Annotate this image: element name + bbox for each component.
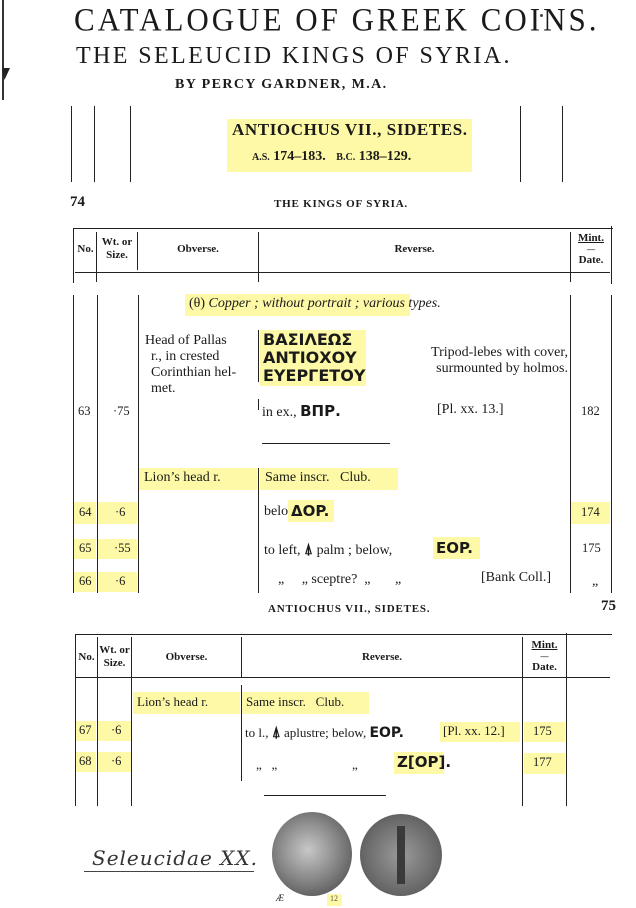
- entry-67-size: ·6: [111, 723, 121, 738]
- inscription-line: ΕΥΕΡΓΕΤΟΥ: [263, 367, 365, 385]
- obverse-line: Corinthian hel-: [145, 365, 257, 381]
- col-header-date: Date.: [571, 255, 611, 266]
- exergue-mark: ΒΠΡ.: [300, 402, 341, 420]
- rule: [138, 295, 139, 593]
- plate-caption: Seleucidae XX.: [92, 846, 258, 870]
- catalogue-subtitle: THE SELEUCID KINGS OF SYRIA.: [76, 43, 512, 70]
- group-2-reverse: Same inscr. Club.: [246, 694, 344, 710]
- reverse-text: aplustre; below,: [284, 725, 366, 740]
- obverse-line: r., in crested: [145, 349, 257, 365]
- caption-underline: [84, 871, 254, 872]
- entry-67-date: 175: [533, 724, 552, 739]
- rule: [611, 226, 612, 284]
- entry-63-date: 182: [581, 404, 600, 419]
- group-2-obverse: Lion’s head r.: [137, 694, 208, 710]
- rule: [520, 106, 521, 182]
- entry-64-no: 64: [79, 505, 92, 520]
- running-head-75: ANTIOCHUS VII., SIDETES.: [268, 603, 430, 615]
- reverse-desc-line: Tripod-lebes with cover,: [378, 345, 568, 361]
- page-edge-mark: [2, 0, 4, 100]
- entry-63-size: ·75: [113, 404, 130, 419]
- col-header-mint: Mint.: [523, 640, 566, 651]
- entry-65-mark: EOP.: [436, 539, 473, 557]
- rule: [258, 399, 259, 410]
- entry-66-note: [Bank Coll.]: [481, 570, 551, 586]
- col-header-weight: Wt. or Size.: [97, 236, 137, 262]
- entry-67-reverse: to l., ⍋ aplustre; below, EOP.: [245, 723, 404, 741]
- running-head-74: THE KINGS OF SYRIA.: [274, 198, 408, 210]
- col-header-weight-line2: Size.: [97, 249, 137, 262]
- entry-68-mark: Z[OP].: [397, 753, 451, 771]
- reverse-prefix: to left,: [264, 543, 301, 558]
- col-header-reverse-75: Reverse.: [242, 651, 522, 664]
- col-header-date: Date.: [523, 662, 566, 673]
- club-figure: [397, 826, 405, 884]
- catalogue-title: CATALOGUE OF GREEK COINS.: [74, 1, 599, 39]
- entry-67-mark: EOP.: [369, 725, 403, 741]
- era-bc-label: B.C.: [336, 152, 355, 163]
- entry-65-date: 175: [582, 541, 601, 556]
- col-header-obverse-75: Obverse.: [132, 651, 241, 664]
- table-top-rule: [75, 634, 612, 635]
- page-number-75: 75: [601, 598, 616, 615]
- entry-67-plate-ref: [Pl. xx. 12.]: [443, 723, 505, 739]
- monogram-icon: ⍋: [272, 723, 281, 741]
- era-bc-range: 138–129.: [359, 149, 412, 164]
- group-1-obverse: Lion’s head r.: [144, 470, 221, 486]
- obverse-line: met.: [145, 381, 257, 397]
- entry-67-no: 67: [79, 723, 92, 738]
- era-as-range: 174–183.: [273, 149, 326, 164]
- rule: [562, 106, 563, 182]
- entry-64-mark: ΔOP.: [291, 502, 329, 520]
- entry-68-no: 68: [79, 754, 92, 769]
- reverse-text: palm ; below,: [317, 543, 393, 558]
- col-header-weight-line2: Size.: [98, 657, 131, 670]
- coin-obverse-image: [272, 812, 352, 896]
- col-header-mint-date-75: Mint. — Date.: [523, 640, 566, 673]
- col-header-reverse: Reverse.: [259, 243, 570, 256]
- rule: [258, 232, 259, 282]
- entry-63-inscription: ΒΑΣΙΛΕΩΣ ΑΝΤΙΟΧΟΥ ΕΥΕΡΓΕΤΟΥ: [263, 331, 365, 385]
- col-header-no-75: No.: [76, 651, 97, 664]
- entry-66-date: „: [592, 574, 598, 590]
- table-header-rule: [75, 677, 610, 678]
- obverse-line: Head of Pallas: [145, 333, 257, 349]
- entry-separator: [264, 795, 386, 796]
- subsection-text: Copper ; without portrait ; various type…: [209, 296, 441, 311]
- entry-65-size: ·55: [114, 541, 131, 556]
- stray-dot: [540, 14, 543, 17]
- rule: [566, 633, 567, 806]
- entry-68-reverse: „ „ „: [256, 757, 358, 773]
- page-number-74: 74: [70, 194, 85, 211]
- author-byline: BY PERCY GARDNER, M.A.: [175, 77, 388, 93]
- rule: [94, 106, 95, 182]
- coin-number: 12: [330, 894, 338, 903]
- col-header-mint-date: Mint. — Date.: [571, 233, 611, 266]
- entry-68-date: 177: [533, 755, 552, 770]
- entry-63-obverse: Head of Pallas r., in crested Corinthian…: [145, 333, 257, 397]
- inscription-line: ΒΑΣΙΛΕΩΣ: [263, 331, 365, 349]
- metal-mark: Æ: [276, 893, 284, 903]
- exergue-prefix: in ex.,: [262, 405, 297, 420]
- entry-63-reverse-desc: Tripod-lebes with cover, surmounted by h…: [378, 345, 568, 377]
- entry-separator: [262, 443, 390, 444]
- king-dates: A.S. 174–183. B.C. 138–129.: [252, 149, 411, 165]
- entry-65-no: 65: [79, 541, 92, 556]
- col-header-mint: Mint.: [571, 233, 611, 244]
- entry-63-plate-ref: [Pl. xx. 13.]: [437, 402, 504, 418]
- col-header-weight-line1: Wt. or: [98, 644, 131, 657]
- entry-63-exergue: in ex., ΒΠΡ.: [262, 402, 341, 421]
- col-header-no: No.: [75, 243, 96, 256]
- era-as-label: A.S.: [252, 152, 270, 163]
- group-1-reverse: Same inscr. Club.: [265, 470, 371, 486]
- entry-64-date: 174: [581, 505, 600, 520]
- table-top-rule: [73, 228, 613, 229]
- reverse-desc-line: surmounted by holmos.: [378, 361, 568, 377]
- col-header-weight-line1: Wt. or: [97, 236, 137, 249]
- entry-66-reverse: „ „ sceptre? „ „: [278, 572, 401, 588]
- entry-66-no: 66: [79, 574, 92, 589]
- rule: [570, 295, 571, 593]
- entry-65-reverse: to left, ⍋ palm ; below,: [264, 540, 392, 559]
- entry-63-no: 63: [78, 404, 91, 419]
- entry-64-size: ·6: [115, 505, 125, 520]
- col-header-weight-75: Wt. or Size.: [98, 644, 131, 670]
- rule: [611, 295, 612, 593]
- entry-68-size: ·6: [111, 754, 121, 769]
- entry-66-size: ·6: [115, 574, 125, 589]
- king-heading: ANTIOCHUS VII., SIDETES.: [232, 120, 468, 140]
- table-header-rule: [75, 272, 610, 273]
- monogram-icon: ⍋: [304, 540, 313, 558]
- subsection-heading: (θ) Copper ; without portrait ; various …: [189, 296, 441, 312]
- coin-reverse-image: [360, 814, 442, 896]
- subsection-label: (θ): [189, 296, 205, 311]
- col-header-obverse: Obverse.: [138, 243, 258, 256]
- inscription-line: ΑΝΤΙΟΧΟΥ: [263, 349, 365, 367]
- rule: [130, 106, 131, 182]
- rule: [71, 106, 72, 182]
- reverse-prefix: to l.,: [245, 725, 268, 740]
